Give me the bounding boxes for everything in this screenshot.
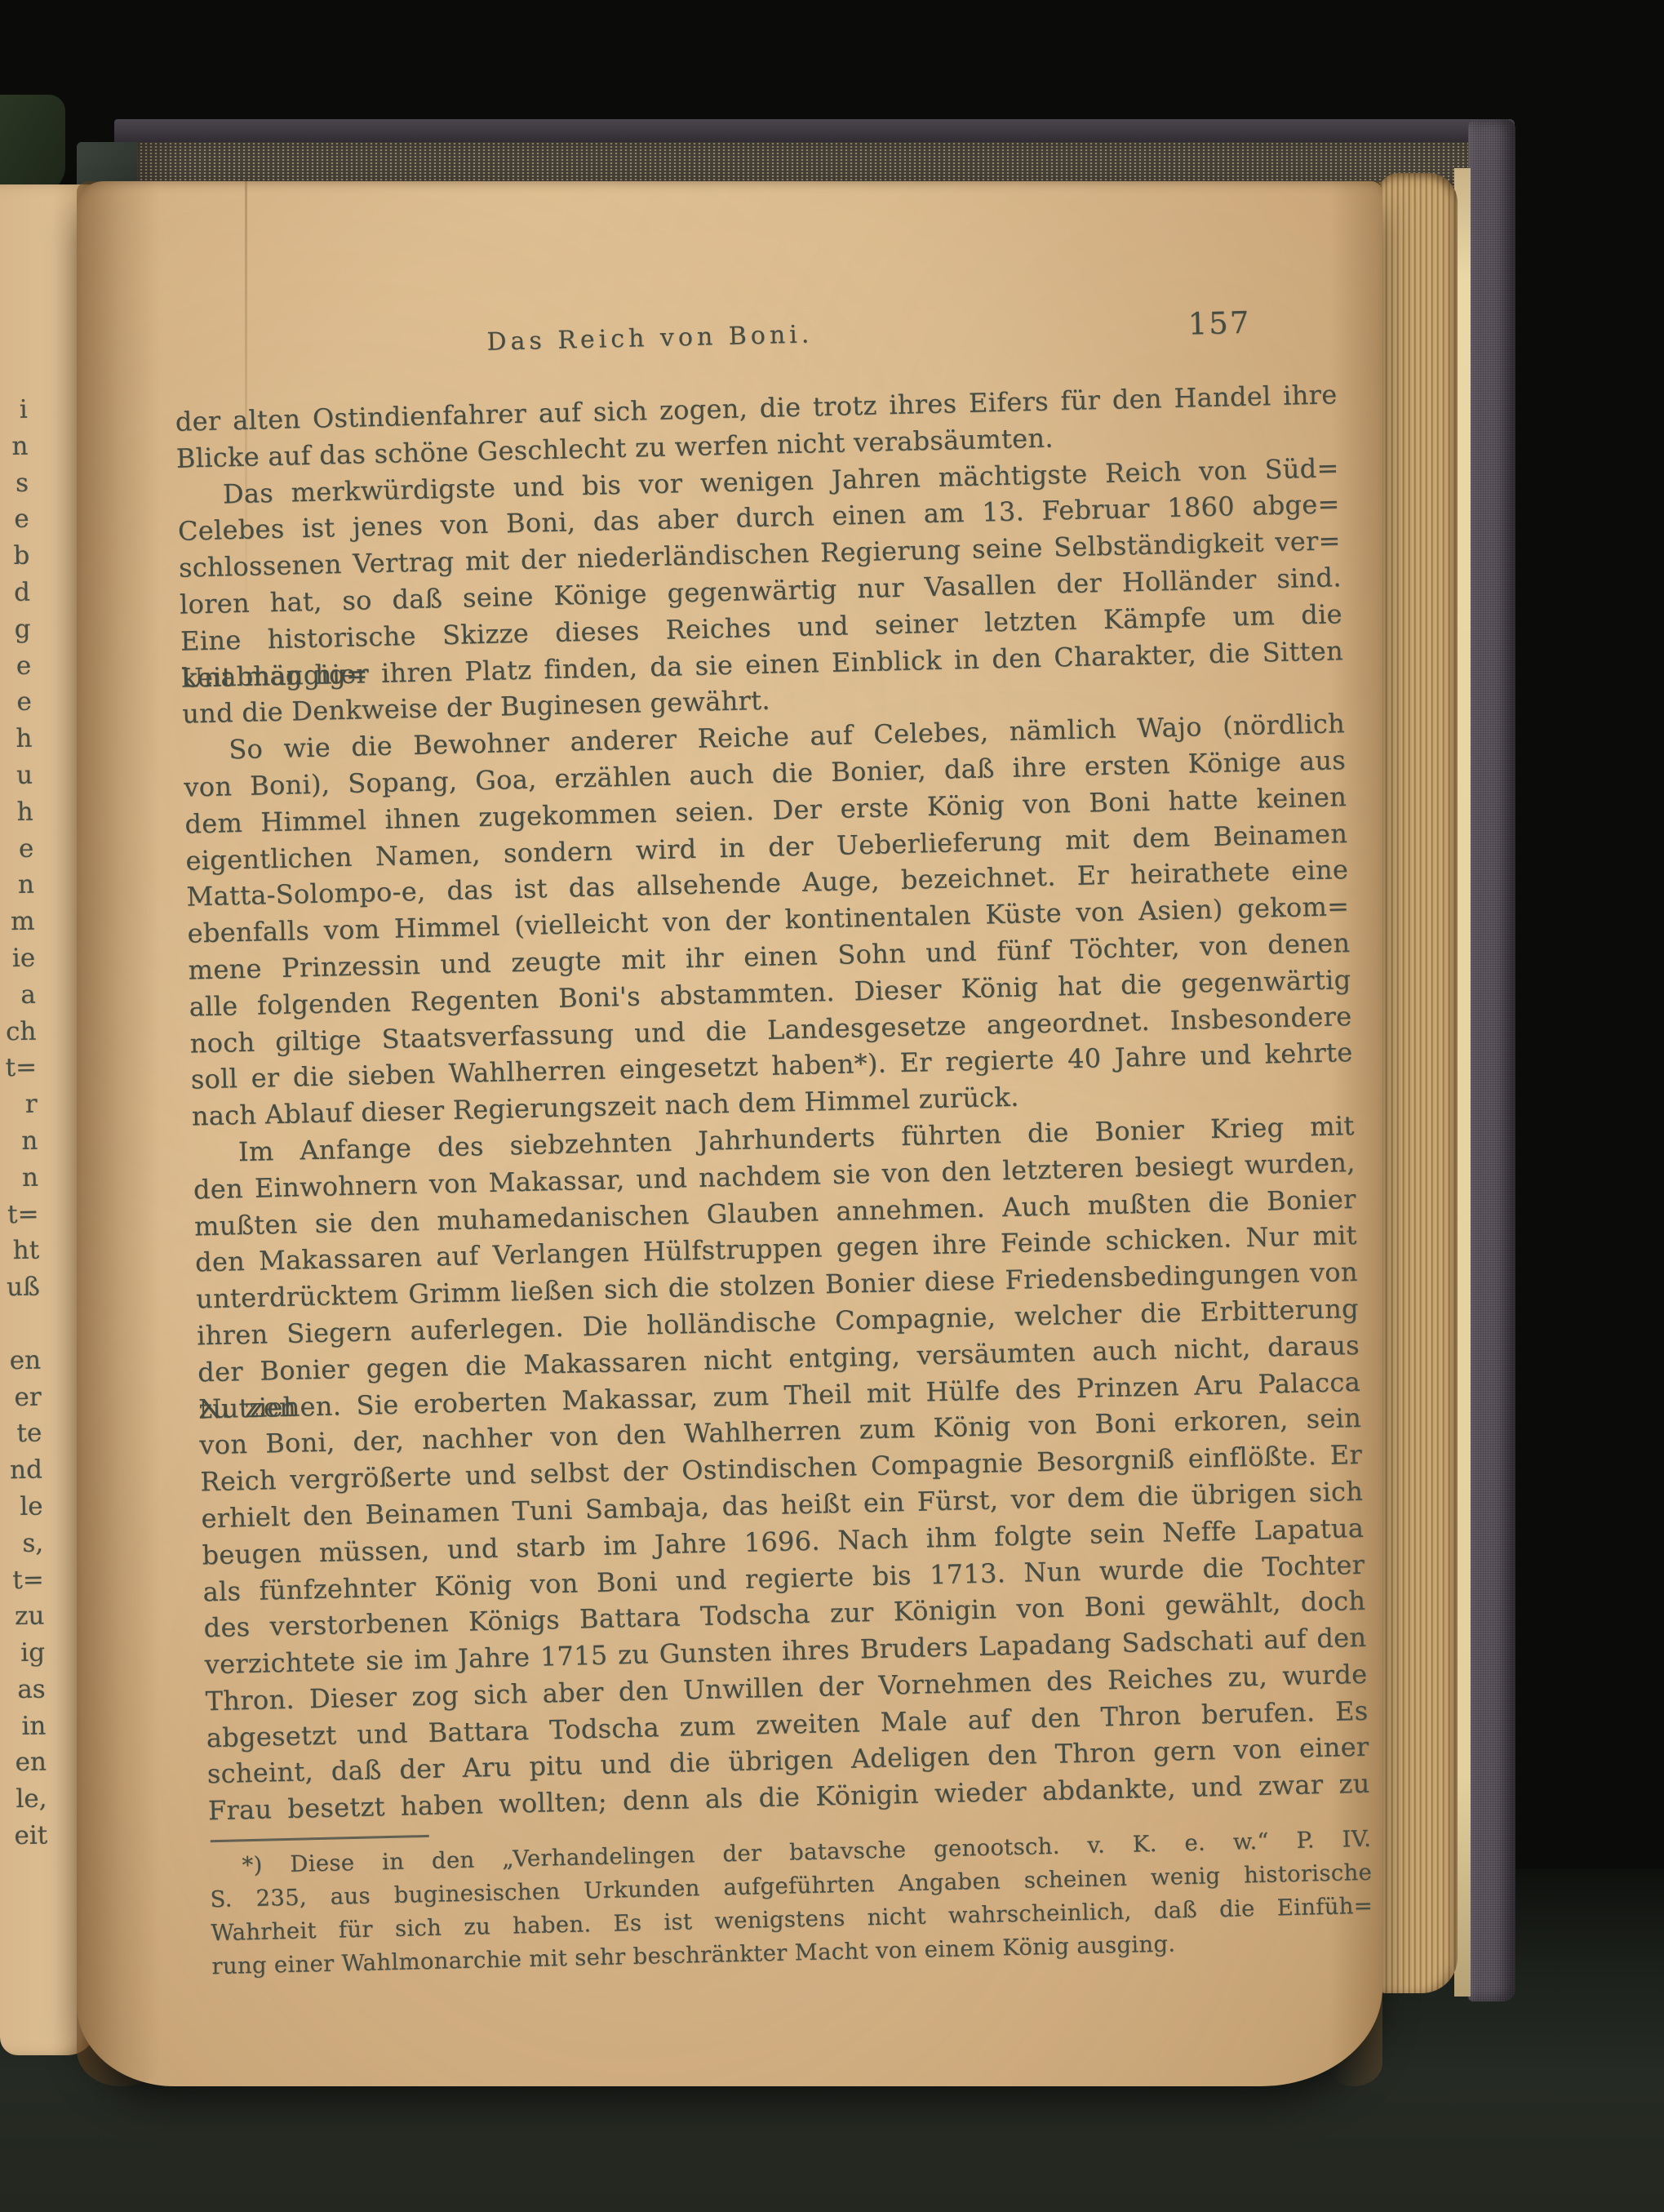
line-ending-fragment: ie xyxy=(0,940,35,977)
line-ending-fragment: e xyxy=(0,830,34,867)
footnote-rule xyxy=(211,1835,429,1842)
line-ending-fragment: zu xyxy=(7,1598,45,1635)
line-ending-fragment: ig xyxy=(7,1635,46,1672)
line-ending-fragment: en xyxy=(9,1744,47,1781)
chapter-title: Das Reich von Boni. xyxy=(486,320,814,356)
line-ending-fragment: t= xyxy=(0,1050,37,1086)
line-ending-fragment: eit xyxy=(10,1818,48,1854)
line-ending-fragment: n xyxy=(0,867,34,904)
gutter-shadow xyxy=(77,181,175,2086)
line-ending-fragment: n xyxy=(1,1159,39,1196)
line-ending-fragment: le xyxy=(5,1489,43,1526)
line-ending-fragment: in xyxy=(8,1708,47,1744)
line-ending-fragment: u xyxy=(0,757,33,794)
line-ending-fragment: ht xyxy=(2,1233,40,1269)
line-ending-fragment: uß xyxy=(2,1269,41,1306)
line-ending-fragment: h xyxy=(0,721,33,757)
line-ending-fragment: er xyxy=(3,1379,42,1415)
line-ending-fragment: as xyxy=(7,1672,46,1708)
back-cover-cloth xyxy=(1468,119,1515,2001)
page-text-block: Das Reich von Boni. 157 der alten Ostind… xyxy=(173,303,1373,1983)
line-ending-fragment: e xyxy=(0,647,31,684)
line-ending-fragment: t= xyxy=(7,1561,45,1598)
facing-page-line-endings: i n s e b d g e e h u h e n m ie a ch t=… xyxy=(0,392,48,1854)
line-ending-fragment: n xyxy=(0,1123,38,1160)
line-ending-fragment: te xyxy=(4,1415,42,1452)
line-ending-fragment: en xyxy=(3,1342,42,1379)
line-ending-fragment: e xyxy=(0,501,29,538)
line-ending-fragment: n xyxy=(0,429,29,465)
book-page: Das Reich von Boni. 157 der alten Ostind… xyxy=(77,181,1382,2086)
line-ending-fragment xyxy=(2,1306,41,1343)
line-ending-fragment: e xyxy=(0,684,32,721)
line-ending-fragment: i xyxy=(0,392,28,429)
line-ending-fragment: r xyxy=(0,1086,38,1123)
line-ending-fragment: t= xyxy=(1,1196,39,1233)
left-cover-corner xyxy=(0,95,65,194)
line-ending-fragment: m xyxy=(0,904,35,940)
line-ending-fragment: s, xyxy=(6,1525,44,1561)
line-ending-fragment: le, xyxy=(9,1781,47,1818)
line-ending-fragment: h xyxy=(0,793,33,830)
line-ending-fragment: d xyxy=(0,575,30,611)
fore-edge-page-stack xyxy=(1378,173,1458,1993)
line-ending-fragment: b xyxy=(0,538,30,575)
line-ending-fragment: a xyxy=(0,976,36,1013)
book-top-edge xyxy=(114,119,1515,191)
line-ending-fragment: ch xyxy=(0,1013,37,1050)
line-ending-fragment: s xyxy=(0,464,29,501)
line-ending-fragment: nd xyxy=(5,1452,43,1489)
book-scan: i n s e b d g e e h u h e n m ie a ch t=… xyxy=(0,0,1664,2212)
page-number: 157 xyxy=(1187,305,1251,342)
line-ending-fragment: g xyxy=(0,611,31,648)
